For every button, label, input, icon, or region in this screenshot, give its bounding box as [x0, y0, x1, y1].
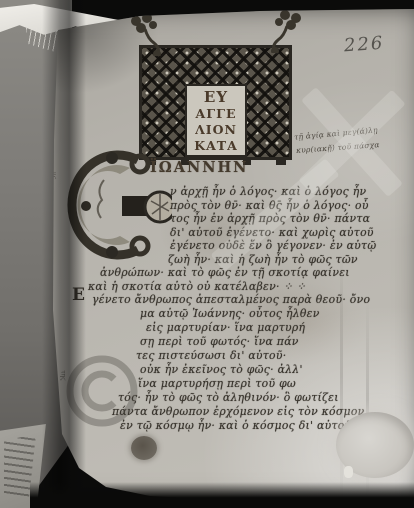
- interlace-headpiece: ΕΥΑΓΓΕΛΙΟΝΚΑΤΑ: [139, 45, 292, 160]
- text-line: ν ἀρχῇ ἦν ὁ λόγος· καὶ ὁ λόγος ἦν: [170, 185, 366, 198]
- text-line: πάντα ἄνθρωπον ἐρχόμενον εἰς τὸν κόσμον: [112, 405, 365, 418]
- ink-blot: [131, 436, 157, 460]
- text-line: εἰς μαρτυρίαν· ἵνα μαρτυρή: [146, 321, 305, 334]
- copyright-watermark-icon: [62, 351, 142, 431]
- floral-finial-icon: [264, 9, 308, 53]
- drop-initial: Ε: [72, 285, 85, 305]
- title-panel-line: ΕΥ: [204, 88, 228, 106]
- text-line: μα αὐτῷ Ἰωάννης· οὗτος ἦλθεν: [140, 307, 320, 320]
- paper-speck: [344, 466, 353, 478]
- title-panel-line: ΚΑΤΑ: [194, 138, 238, 154]
- text-line: τός· ἦν τὸ φῶς τὸ ἀληθινόν· ὃ φωτίζει: [118, 391, 339, 404]
- text-line: καὶ ἡ σκοτία αὐτὸ οὐ κατέλαβεν· ⁘ ⁘: [88, 280, 306, 293]
- text-line: ἵνα μαρτυρήσῃ περὶ τοῦ φω: [138, 377, 296, 390]
- text-line: ζωὴ ἦν· καὶ ἡ ζωὴ ἦν τὸ φῶς τῶν: [168, 253, 358, 266]
- text-line: ἐγένετο οὐδὲ ἕν ὃ γέγονεν· ἐν αὐτῷ: [170, 239, 376, 252]
- manuscript-photo: ΕΥΑΓΓΕΛΙΟΝΚΑΤΑ ΪΩΑΝΝΗΝ 226 τῇ ἁγίᾳ καὶ μ…: [0, 0, 414, 508]
- title-panel-line: ΑΓΓΕ: [196, 106, 237, 122]
- title-panel: ΕΥΑΓΓΕΛΙΟΝΚΑΤΑ: [185, 84, 247, 157]
- faint-marginal-mark: τηϛ: [60, 370, 67, 380]
- floral-finial-icon: [124, 12, 168, 56]
- text-line: γένετο ἄνθρωπος ἀπεσταλμένος παρὰ θεοῦ· …: [92, 293, 370, 306]
- text-line: τες πιστεύσωσι δι' αὐτοῦ·: [136, 349, 286, 362]
- text-line: σῃ περὶ τοῦ φωτός· ἵνα πάν: [140, 335, 299, 348]
- text-line: ἐν τῷ κόσμῳ ἦν· καὶ ὁ κόσμος δι' αὐτοῦ ⁘: [120, 419, 365, 432]
- parchment-page: ΕΥΑΓΓΕΛΙΟΝΚΑΤΑ ΪΩΑΝΝΗΝ 226 τῇ ἁγίᾳ καὶ μ…: [0, 0, 414, 508]
- folio-number: 226: [343, 33, 385, 57]
- title-panel-line: ΛΙΟΝ: [195, 122, 237, 138]
- headpiece-foot: [276, 157, 286, 165]
- decorated-initial-epsilon: [60, 146, 172, 264]
- text-line: οὐκ ἦν ἐκεῖνος τὸ φῶς· ἀλλ': [140, 363, 303, 376]
